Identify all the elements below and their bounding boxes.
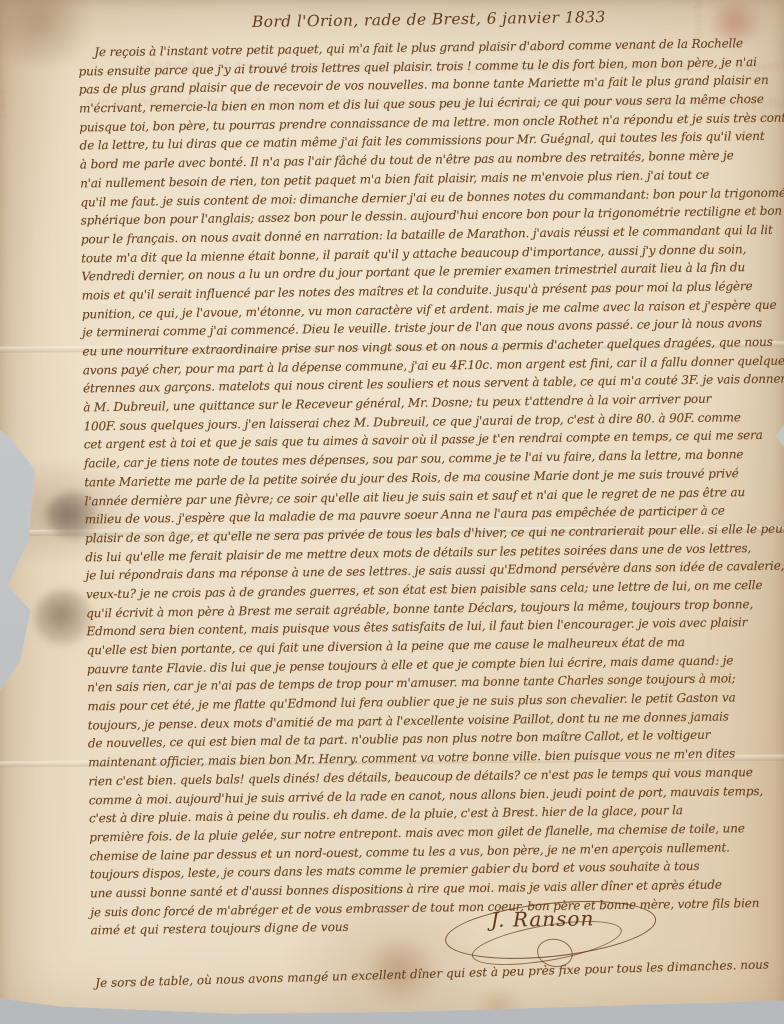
letter-content: Bord l'Orion, rade de Brest, 6 janvier 1…: [0, 0, 784, 993]
signature-flourish: J. Ranson: [444, 898, 661, 967]
scanned-letter-page: { "document": { "kind": "handwritten let…: [0, 0, 784, 1024]
letter-body: Je reçois à l'instant votre petit paquet…: [0, 34, 784, 923]
signature-name: J. Ranson: [491, 907, 595, 932]
closing-line: aimé et qui restera toujours digne de vo…: [90, 918, 348, 940]
paper-stain: [470, 988, 526, 1024]
letter-paper: Je reçois à l'instant votre petit paquet…: [0, 0, 784, 1024]
